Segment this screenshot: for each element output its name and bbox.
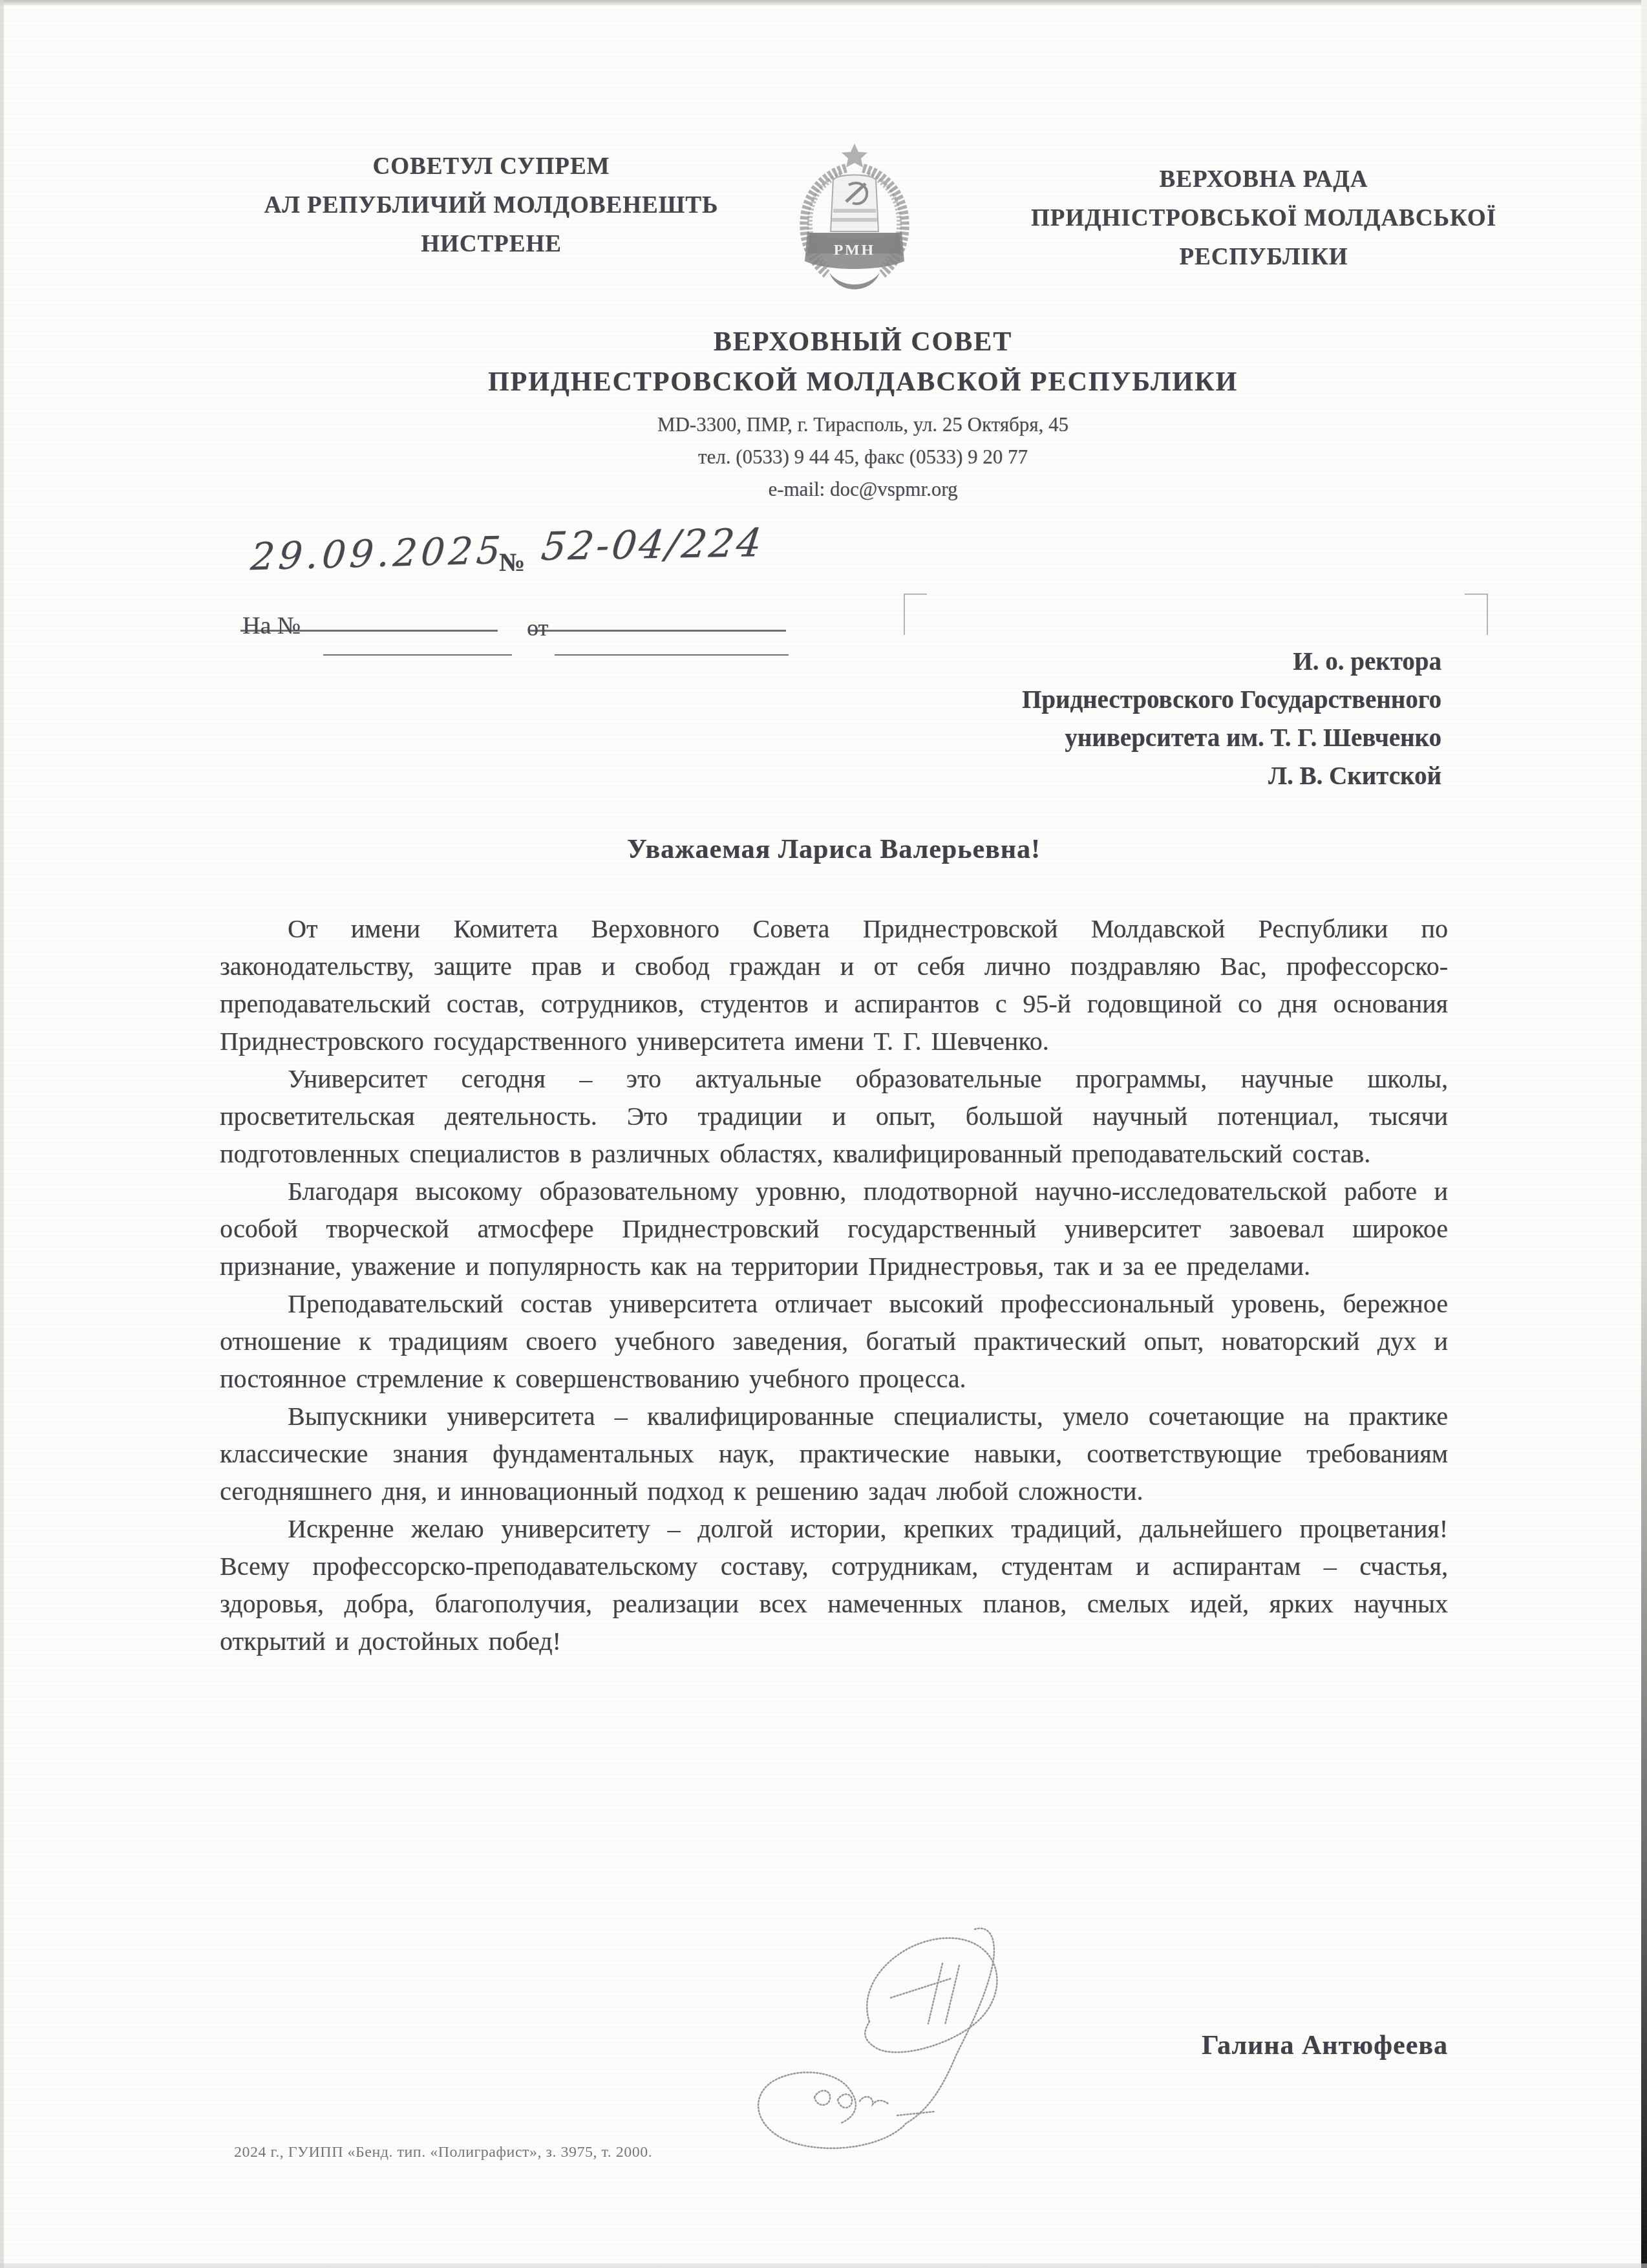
recipient-line2: Приднестровского Государственного [834, 681, 1441, 719]
number-sign: № [499, 547, 525, 577]
body-paragraph-5: Выпускники университета – квалифицирован… [220, 1398, 1448, 1510]
signatory-name: Галина Антюфеева [970, 2030, 1448, 2061]
scan-edge-top [0, 0, 1647, 5]
address-block: MD-3300, ПМР, г. Тирасполь, ул. 25 Октяб… [271, 409, 1454, 506]
salutation: Уважаемая Лариса Валерьевна! [220, 834, 1448, 865]
letterhead-right-line2: ПРИДНІСТРОВСЬКОЇ МОЛДАВСЬКОЇ [940, 199, 1587, 238]
letterhead-right-line3: РЕСПУБЛІКИ [940, 238, 1587, 277]
letterhead-right-block: ВЕРХОВНА РАДА ПРИДНІСТРОВСЬКОЇ МОЛДАВСЬК… [940, 160, 1587, 277]
reply-to-number-label: На № [242, 612, 301, 640]
letterhead-left-line3: НИСТРЕНЕ [213, 225, 769, 264]
recipient-line4: Л. В. Скитской [834, 757, 1441, 795]
org-name: ВЕРХОВНЫЙ СОВЕТ ПРИДНЕСТРОВСКОЙ МОЛДАВСК… [271, 322, 1454, 402]
address-line1: MD-3300, ПМР, г. Тирасполь, ул. 25 Октяб… [271, 409, 1454, 441]
letterhead-right-line1: ВЕРХОВНА РАДА [940, 160, 1587, 199]
emblem-banner-text: РМН [834, 242, 876, 259]
letter-body: От имени Комитета Верховного Совета Прид… [220, 910, 1448, 1660]
recipient-block: И. о. ректора Приднестровского Государст… [834, 643, 1441, 795]
address-line3: e-mail: doc@vspmr.org [271, 473, 1454, 506]
reply-from-date-label: от [527, 614, 548, 641]
recipient-line1: И. о. ректора [834, 643, 1441, 681]
scanned-letter-page: СОВЕТУЛ СУПРЕМ АЛ РЕПУБЛИЧИЙ МОЛДОВЕНЕШТ… [0, 0, 1647, 2268]
body-paragraph-1: От имени Комитета Верховного Совета Прид… [220, 910, 1448, 1060]
print-imprint: 2024 г., ГУИПП «Бенд. тип. «Полиграфист»… [234, 2144, 652, 2161]
reply-date-underline [555, 654, 789, 656]
addressee-corner-mark-left [904, 594, 927, 635]
scan-edge-left [0, 0, 4, 2268]
reply-number-underline [323, 654, 512, 656]
letterhead-left-line2: АЛ РЕПУБЛИЧИЙ МОЛДОВЕНЕШТЬ [213, 186, 769, 225]
addressee-corner-mark-right [1465, 594, 1488, 635]
body-paragraph-4: Преподавательский состав университета от… [220, 1285, 1448, 1398]
outgoing-number-handwritten: 52-04/224 [539, 520, 767, 570]
number-underline [529, 630, 786, 632]
outgoing-date-handwritten: 29.09.2025 [249, 528, 505, 579]
address-line2: тел. (0533) 9 44 45, факс (0533) 9 20 77 [271, 441, 1454, 473]
letterhead-left-line1: СОВЕТУЛ СУПРЕМ [213, 147, 769, 186]
body-paragraph-6: Искренне желаю университету – долгой ист… [220, 1510, 1448, 1660]
letterhead-left-block: СОВЕТУЛ СУПРЕМ АЛ РЕПУБЛИЧИЙ МОЛДОВЕНЕШТ… [213, 147, 769, 264]
org-name-line1: ВЕРХОВНЫЙ СОВЕТ [271, 322, 1454, 362]
scan-edge-right [1641, 0, 1647, 2268]
body-paragraph-2: Университет сегодня – это актуальные обр… [220, 1060, 1448, 1173]
scan-edge-bottom [0, 2263, 1647, 2268]
recipient-line3: университета им. Т. Г. Шевченко [834, 719, 1441, 757]
coat-of-arms-icon: РМН [784, 134, 925, 304]
org-name-line2: ПРИДНЕСТРОВСКОЙ МОЛДАВСКОЙ РЕСПУБЛИКИ [271, 362, 1454, 402]
body-paragraph-3: Благодаря высокому образовательному уров… [220, 1173, 1448, 1285]
